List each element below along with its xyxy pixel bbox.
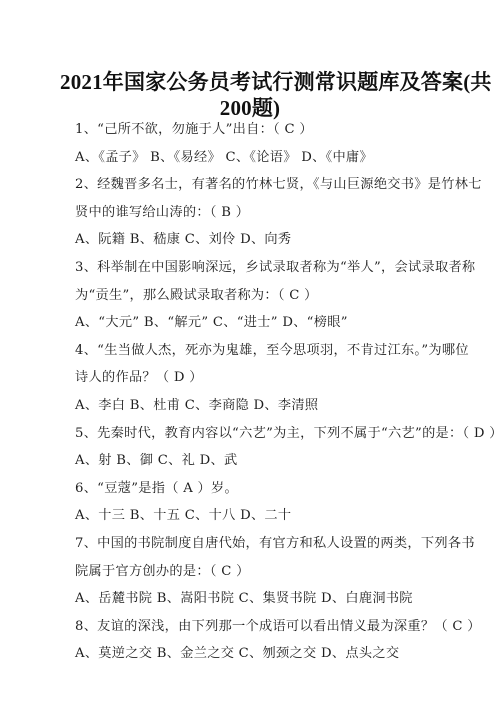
question-8-text: 8、友谊的深浅，由下列那一个成语可以看出情义最为深重？（ C ） bbox=[75, 613, 435, 641]
question-7-text-cont: 院属于官方创办的是：（ C ） bbox=[75, 558, 435, 586]
question-6-text: 6、“豆蔻”是指（ A ）岁。 bbox=[75, 475, 435, 503]
question-4-options: A、李白 B、杜甫 C、李商隐 D、李清照 bbox=[75, 392, 435, 420]
question-2-text-cont: 贤中的谁写给山涛的：（ B ） bbox=[75, 199, 435, 227]
question-7-text: 7、中国的书院制度自唐代始，有官方和私人设置的两类，下列各书 bbox=[75, 530, 435, 558]
question-list: 1、“己所不欲，勿施于人”出自：（ C ） A、《孟子》 B、《易经》 C、《论… bbox=[75, 116, 435, 668]
question-3-text: 3、科举制在中国影响深远，乡试录取者称为“举人”，会试录取者称 bbox=[75, 254, 435, 282]
question-6-options: A、十三 B、十五 C、十八 D、二十 bbox=[75, 502, 435, 530]
document-page: 2021年国家公务员考试行测常识题库及答案(共 200题) 1、“己所不欲，勿施… bbox=[0, 0, 500, 707]
question-5-text: 5、先秦时代，教育内容以“六艺”为主，下列不属于“六艺”的是：（ D ） bbox=[75, 420, 435, 448]
question-3-text-cont: 为“贡生”，那么殿试录取者称为：（ C ） bbox=[75, 282, 435, 310]
question-3-options: A、“大元” B、“解元” C、“进士” D、“榜眼” bbox=[75, 309, 435, 337]
question-7-options: A、岳麓书院 B、嵩阳书院 C、集贤书院 D、白鹿洞书院 bbox=[75, 585, 435, 613]
question-2-options: A、阮籍 B、嵇康 C、刘伶 D、向秀 bbox=[75, 226, 435, 254]
question-8-options: A、莫逆之交 B、金兰之交 C、刎颈之交 D、点头之交 bbox=[75, 640, 435, 668]
question-4-text: 4、“生当做人杰，死亦为鬼雄，至今思项羽，不肯过江东。”为哪位 bbox=[75, 337, 435, 365]
question-4-text-cont: 诗人的作品？（ D ） bbox=[75, 364, 435, 392]
question-1-options: A、《孟子》 B、《易经》 C、《论语》 D、《中庸》 bbox=[75, 144, 435, 172]
question-2-text: 2、经魏晋多名士，有著名的竹林七贤，《与山巨源绝交书》是竹林七 bbox=[75, 171, 435, 199]
question-5-options: A、射 B、御 C、礼 D、武 bbox=[75, 447, 435, 475]
question-1-text: 1、“己所不欲，勿施于人”出自：（ C ） bbox=[75, 116, 435, 144]
